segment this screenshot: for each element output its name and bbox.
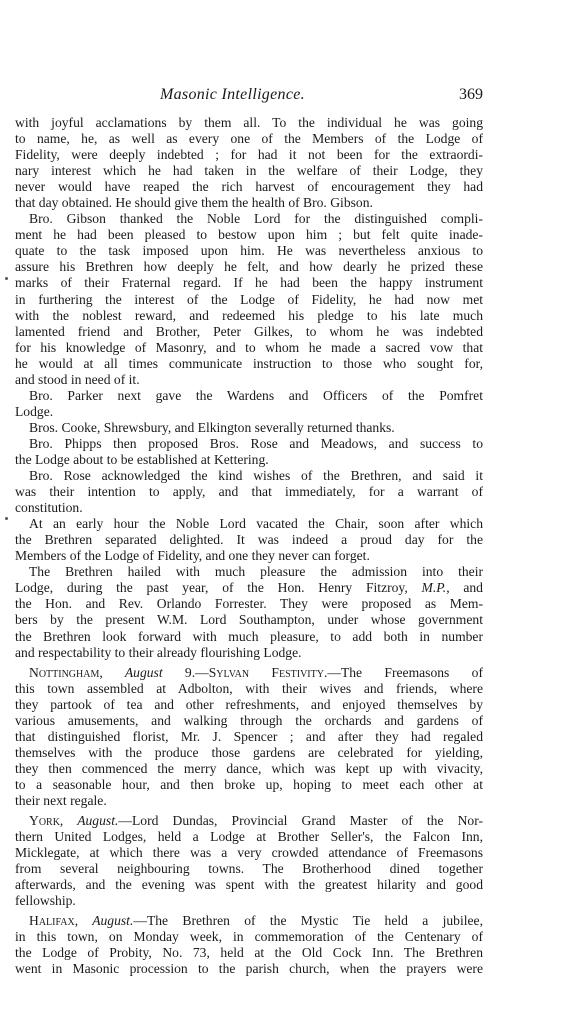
text-line: themselves with the produce those garden… (15, 745, 483, 761)
text-line: quate to the task imposed upon him. He w… (15, 243, 483, 259)
text-line: Bro. Gibson thanked the Noble Lord for t… (15, 211, 483, 227)
date-italic: August. (63, 813, 118, 828)
text-line: the Hon. and Rev. Orlando Forrester. The… (15, 596, 483, 612)
place-name: York, (29, 813, 63, 828)
text-line: the Brethren look forward with much plea… (15, 629, 483, 645)
text-line: Bro. Rose acknowledged the kind wishes o… (15, 468, 483, 484)
text-line: At an early hour the Noble Lord vacated … (15, 516, 483, 532)
section-lead-halifax: Halifax, August.—The Brethren of the Mys… (15, 913, 483, 929)
text-line: the Lodge about to be established at Ket… (15, 452, 483, 468)
text-line: constitution. (15, 500, 483, 516)
text-line: in this town, on Monday week, in commemo… (15, 929, 483, 945)
place-name: Halifax, (29, 913, 78, 928)
text-line: marks of their Fraternal regard. If he h… (15, 275, 483, 291)
text-line: that distinguished florist, Mr. J. Spenc… (15, 729, 483, 745)
text-line: with the noblest reward, and redeemed hi… (15, 308, 483, 324)
text-run: —The Freemasons of (327, 665, 483, 680)
italic-run: M.P. (422, 580, 447, 595)
text-run: 9.— (163, 665, 209, 680)
text-line: Bro. Parker next gave the Wardens and Of… (15, 388, 483, 404)
text-line: Bro. Phipps then proposed Bros. Rose and… (15, 436, 483, 452)
section-lead-nottingham: Nottingham, August 9.—Sylvan Festivity.—… (15, 665, 483, 681)
text-line: in furthering the interest of the Lodge … (15, 292, 483, 308)
text-line: their next regale. (15, 793, 483, 809)
text-line: they partook of tea and other refreshmen… (15, 697, 483, 713)
text-line: various amusements, and walking through … (15, 713, 483, 729)
text-line: they then commenced the merry dance, whi… (15, 761, 483, 777)
text-line: was their intention to apply, and that i… (15, 484, 483, 500)
text-line: Fidelity, were deeply indebted ; for had… (15, 147, 483, 163)
text-line: this town assembled at Adbolton, with th… (15, 681, 483, 697)
text-line: to a seasonable hour, and then broke up,… (15, 777, 483, 793)
text-line: Lodge, during the past year, of the Hon.… (15, 580, 483, 596)
date-italic: August (103, 665, 163, 680)
text-line: with joyful acclamations by them all. To… (15, 115, 483, 131)
margin-mark (5, 517, 8, 520)
text-line: bers by the present W.M. Lord Southampto… (15, 612, 483, 628)
running-title: Masonic Intelligence. (160, 86, 305, 104)
text-line: afterwards, and the evening was spent wi… (15, 877, 483, 893)
text-run: —The Brethren of the Mystic Tie held a j… (133, 913, 483, 928)
body-text: with joyful acclamations by them all. To… (15, 115, 483, 977)
text-line: Members of the Lodge of Fidelity, and on… (15, 548, 483, 564)
date-italic: August. (78, 913, 133, 928)
text-line: he would at all times communicate instru… (15, 356, 483, 372)
text-line: assure his Brethren how deeply he felt, … (15, 259, 483, 275)
text-line: nary interest which he had taken in the … (15, 163, 483, 179)
section-lead-york: York, August.—Lord Dundas, Provincial Gr… (15, 813, 483, 829)
section-heading: Sylvan Festivity. (209, 665, 328, 680)
page-number: 369 (459, 86, 483, 104)
text-line: went in Masonic procession to the parish… (15, 961, 483, 977)
text-line: the Lodge of Probity, No. 73, held at th… (15, 945, 483, 961)
text-line: thern United Lodges, held a Lodge at Bro… (15, 829, 483, 845)
text-line: never would have reaped the rich harvest… (15, 179, 483, 195)
text-run: —Lord Dundas, Provincial Grand Master of… (118, 813, 483, 828)
text-line: The Brethren hailed with much pleasure t… (15, 564, 483, 580)
text-line: ment he had been pleased to bestow upon … (15, 227, 483, 243)
text-line: and respectability to their already flou… (15, 645, 483, 661)
running-header: Masonic Intelligence. 369 (15, 86, 483, 106)
document-page: Masonic Intelligence. 369 with joyful ac… (0, 0, 587, 1031)
text-line: Lodge. (15, 404, 483, 420)
text-line: lamented friend and Brother, Peter Gilke… (15, 324, 483, 340)
text-line: fellowship. (15, 893, 483, 909)
text-line: the Brethren separated delighted. It was… (15, 532, 483, 548)
place-name: Nottingham, (29, 665, 103, 680)
text-line: to name, he, as well as every one of the… (15, 131, 483, 147)
margin-mark (5, 277, 8, 280)
text-run: Lodge, during the past year, of the Hon.… (15, 580, 422, 595)
text-line: that day obtained. He should give them t… (15, 195, 483, 211)
text-line: Bros. Cooke, Shrewsbury, and Elkington s… (15, 420, 483, 436)
text-line: from several neighbouring towns. The Bro… (15, 861, 483, 877)
text-line: and stood in need of it. (15, 372, 483, 388)
text-run: , and (446, 580, 483, 595)
text-line: for his knowledge of Masonry, and to who… (15, 340, 483, 356)
text-line: Micklegate, at which there was a very cr… (15, 845, 483, 861)
